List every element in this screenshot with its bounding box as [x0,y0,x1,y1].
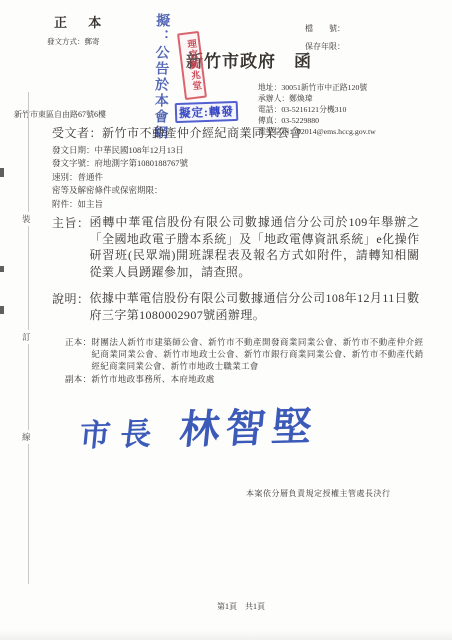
document-meta-block: 發文日期：中華民國108年12月13日 發文字號：府地測字第1080188767… [52,144,188,211]
explanation-block: 說明： 依據中華電信股份有限公司數據通信分公司108年12月11日數府三字第10… [52,290,420,323]
copy-label: 副本： [65,373,91,385]
copy-type-label: 正 本 [54,12,110,31]
subject-label: 主旨： [52,214,90,280]
scan-artifact [0,266,4,272]
attachment: 附件：如主旨 [52,198,188,211]
sender-address: 地址：30051新竹市中正路120號 [258,83,376,94]
mayor-signature: 市長 林智堅 [77,395,320,458]
scan-artifact [0,306,4,314]
subject-text: 函轉中華電信股份有限公司數據通信分公司於109年舉辦之「全國地政電子謄本系統」及… [90,214,420,280]
red-name-seal: 理宜黃兆堂 [177,31,207,100]
file-number-label: 檔 號： [305,23,345,34]
explanation-label: 說明： [52,290,90,323]
original-recipients-row: 正本： 財團法人新竹市建築師公會、新竹市不動產開發商業同業公會、新竹市不動產仲介… [65,336,423,373]
original-recipients: 財團法人新竹市建築師公會、新竹市不動產開發商業同業公會、新竹市不動產仲介經紀商業… [91,336,423,373]
original-label: 正本： [65,336,91,373]
binding-margin-char-ding: 訂 [22,330,31,344]
sender-phone: 電話：03-5216121分機310 [258,105,376,116]
handwritten-blue-note: 擬：公告於本會網 [149,13,172,165]
security-classification: 密等及解密條件或保密期限： [52,184,188,197]
sender-contact-person: 承辦人：鄭煥瑋 [258,94,376,105]
binding-margin-char-zhuang: 裝 [22,212,31,226]
page-number-footer: 第1頁 共1頁 [217,601,265,612]
subject-block: 主旨： 函轉中華電信股份有限公司數據通信分公司於109年舉辦之「全國地政電子謄本… [52,214,420,280]
binding-margin-char-xian: 線 [22,430,31,444]
distribution-block: 正本： 財團法人新竹市建築師公會、新竹市不動產開發商業同業公會、新竹市不動產仲介… [65,336,423,385]
issue-number: 發文字號：府地測字第1080188767號 [52,157,188,170]
red-name-seal-text: 理宜黃兆堂 [184,39,200,92]
copy-recipients: 新竹市地政事務所、本府地政處 [91,373,423,385]
delegation-note: 本案依分層負責規定授權主管處長決行 [246,488,391,499]
signature-name: 林智堅 [178,404,320,453]
delivery-method-label: 發文方式：郵寄 [47,36,100,47]
issue-date: 發文日期：中華民國108年12月13日 [52,144,188,157]
blue-decision-stamp: 擬定:轉發 [175,101,239,123]
signature-title: 市長 [78,416,163,453]
official-letter-page: 正 本 發文方式：郵寄 檔 號： 保存年限： 新竹市政府 函 擬：公告於本會網 … [0,0,452,640]
scan-artifact [0,168,4,177]
recipient-line: 受文者：新竹市不動產仲介經紀商業同業公會 [52,124,302,141]
document-title: 新竹市政府 函 [186,47,312,72]
explanation-text: 依據中華電信股份有限公司數據通信分公司108年12月11日數府三字第108000… [90,290,420,323]
priority: 速別：普通件 [52,171,188,184]
copy-recipients-row: 副本： 新竹市地政事務所、本府地政處 [65,373,423,385]
